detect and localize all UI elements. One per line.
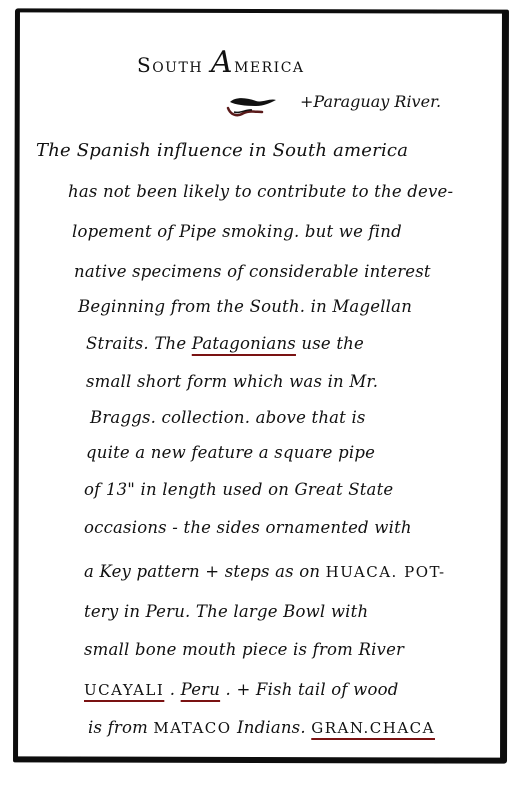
text-line-3: lopement of Pipe smoking. but we find xyxy=(72,222,402,241)
text-line-12: a Key pattern + steps as on HUACA. POT- xyxy=(84,562,446,581)
text-line-1: The Spanish influence in South america xyxy=(36,140,408,161)
underlined-patagonians: Patagonians xyxy=(192,334,296,353)
page-title: South America xyxy=(137,45,305,80)
title-word-south: South xyxy=(137,53,211,77)
text-line-13: tery in Peru. The large Bowl with xyxy=(84,602,368,621)
line-12-before: a Key pattern + steps as on xyxy=(84,562,326,581)
title-initial-a: A xyxy=(211,45,234,80)
text-line-8: Braggs. collection. above that is xyxy=(90,408,366,427)
underlined-ucayali: UCAYALI xyxy=(84,681,164,699)
caps-huaca-pot: HUACA. POT- xyxy=(326,563,446,581)
line-16-before: is from xyxy=(88,718,153,737)
text-line-6: Straits. The Patagonians use the xyxy=(86,334,364,353)
text-line-7: small short form which was in Mr. xyxy=(86,372,378,391)
line-6-after: use the xyxy=(296,334,364,353)
line-16-middle: Indians. xyxy=(232,718,312,737)
caps-mataco: MATACO xyxy=(153,719,231,737)
text-line-2: has not been likely to contribute to the… xyxy=(68,182,453,201)
subtitle-paraguay-river: +Paraguay River. xyxy=(300,92,441,111)
line-6-before: Straits. The xyxy=(86,334,192,353)
line-15-after: . + Fish tail of wood xyxy=(220,680,398,699)
text-line-10: of 13" in length used on Great State xyxy=(84,480,393,499)
underlined-peru: Peru xyxy=(181,680,220,699)
ink-flourish-icon xyxy=(226,92,278,120)
text-line-14: small bone mouth piece is from River xyxy=(84,640,404,659)
text-line-11: occasions - the sides ornamented with xyxy=(84,518,412,537)
line-15-middle: . xyxy=(164,680,180,699)
title-word-merica: merica xyxy=(234,53,304,77)
text-line-5: Beginning from the South. in Magellan xyxy=(78,297,412,316)
text-line-15: UCAYALI . Peru . + Fish tail of wood xyxy=(84,680,399,699)
underlined-gran-chaca: GRAN.CHACA xyxy=(311,719,435,737)
text-line-9: quite a new feature a square pipe xyxy=(86,443,375,462)
text-line-4: native specimens of considerable interes… xyxy=(74,262,431,281)
text-line-16: is from MATACO Indians. GRAN.CHACA xyxy=(88,718,435,737)
